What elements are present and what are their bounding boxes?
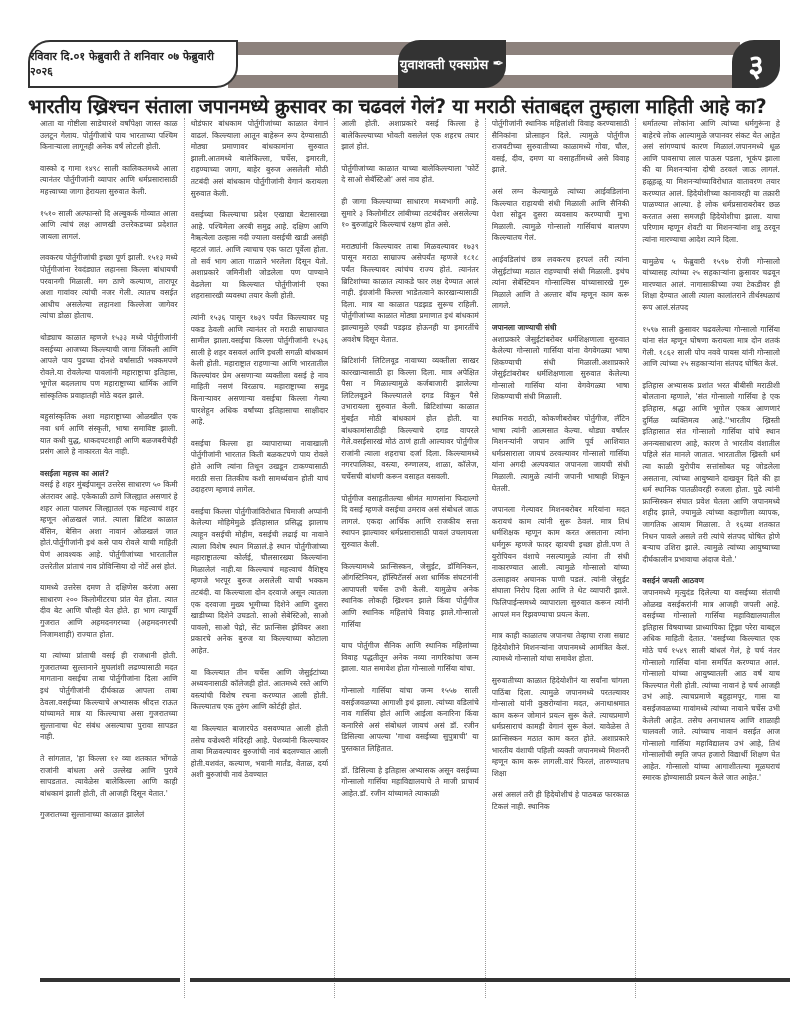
page-number: ३ <box>732 40 780 88</box>
paragraph: वसई हे शहर मुंबईपासून उत्तरेस साधारण ५० … <box>40 479 178 572</box>
column-divider <box>184 118 185 998</box>
paragraph: जपानला गेल्यावर मिशनबरोबर मरियांना मदत क… <box>492 504 630 620</box>
subheading: वसईनं जपली आठवण <box>642 575 780 587</box>
column-divider <box>334 118 335 998</box>
column-1: आता या गोष्टीला साडेचारशे वर्षांपेक्षा ज… <box>40 118 178 998</box>
paragraph: ही जागा किल्ल्याच्या साधारण मध्यभागी आहे… <box>341 196 479 231</box>
column-divider <box>635 118 636 998</box>
paragraph: जपानमध्ये मृत्युदंड दिलेल्या या वसईच्या … <box>642 587 780 784</box>
paragraph: वसईचा किल्ला पोर्तुगीजांविरोधात चिमाजी अ… <box>191 506 329 657</box>
paragraph: यामुळेच ५ फेब्रुवारी १५९७ रोजी गोन्सालो … <box>642 256 780 314</box>
paragraph: असं लग्न केल्यामुळे त्यांच्या आईवडिलांना… <box>492 186 630 244</box>
column-end-rule <box>190 978 790 982</box>
paragraph: आईवडिलांचं छत्र लवकरच हरपलं तरी त्यांना … <box>492 254 630 312</box>
subheading: वसईला महत्त्व का आलं? <box>40 468 178 480</box>
paragraph: मराठ्यांनी किल्ल्यावर ताबा मिळवल्यावर १७… <box>341 241 479 345</box>
paragraph: थोड्याच काळात म्हणजे १५३३ मध्ये पोर्तुगी… <box>40 332 178 402</box>
paragraph: डॉ. डिसिल्वा हे इतिहास अभ्यासक असून वसईच… <box>341 765 479 800</box>
paragraph: वास्को द गामा १४९८ साली कालिकतमध्ये आला … <box>40 163 178 198</box>
paragraph: मात्र काही काळातच जपानचा तेव्हाचा राजा स… <box>492 630 630 665</box>
paragraph: आता या गोष्टीला साडेचारशे वर्षांपेक्षा ज… <box>40 118 178 153</box>
paragraph: पोर्तुगीज वसाहतीतल्या श्रीमंत माणसांना फ… <box>341 493 479 551</box>
paragraph: गुजरातच्या सुल्तानाच्या काळात झालेलं <box>40 809 178 821</box>
paragraph: गोन्सालो गार्सिया यांचा जन्म १५५७ साली व… <box>341 685 479 755</box>
masthead: रविवार दि.०१ फेब्रुवारी ते शनिवार ०७ फेब… <box>28 40 780 90</box>
subheading: जपानला जाण्याची संधी <box>492 322 630 334</box>
paragraph: वसईच्या किल्ल्याचा प्रदेश एखाद्या बेटासा… <box>191 209 329 302</box>
newspaper-page: रविवार दि.०१ फेब्रुवारी ते शनिवार ०७ फेब… <box>0 0 807 1024</box>
paragraph: लवकरच पोर्तुगीजांची इच्छा पूर्ण झाली. १५… <box>40 252 178 322</box>
paragraph: आली होती. अशाप्रकारे वसई किल्ला हे बालेक… <box>341 118 479 153</box>
article-body: आता या गोष्टीला साडेचारशे वर्षांपेक्षा ज… <box>40 118 780 998</box>
paragraph: धर्मातल्या लोकांना आणि त्यांच्या धर्मगुर… <box>642 118 780 246</box>
paragraph: स्थानिक मराठी, कोकणीबरोबर पोर्तुगीज, लॅट… <box>492 413 630 494</box>
headline: भारतीय ख्रिश्चन संताला जपानमध्ये क्रुसाव… <box>28 92 780 119</box>
paragraph: याच पोर्तुगीज सैनिक आणि स्थानिक महिलांच्… <box>341 640 479 675</box>
paragraph: त्यांनी १५३६ पासून १७३९ पर्यंत किल्ल्याव… <box>191 312 329 428</box>
quill-icon: ✒ <box>492 56 504 72</box>
paragraph: १५१० साली अल्फान्सो दि अल्बुकर्क गोव्यात… <box>40 208 178 243</box>
paragraph: या त्यांच्या प्रांताची वसई ही राजधानी हो… <box>40 650 178 743</box>
paragraph: ते सांगतात, 'हा किल्ला १२ व्या शतकात भों… <box>40 753 178 799</box>
column-5: धर्मातल्या लोकांना आणि त्यांच्या धर्मगुर… <box>642 118 780 998</box>
issue-date: रविवार दि.०१ फेब्रुवारी ते शनिवार ०७ फेब… <box>28 40 238 88</box>
paragraph: किल्ल्यामध्ये फ्रान्सिस्कन, जेसुईट, डॉमि… <box>341 561 479 631</box>
paragraph: १५९७ साली क्रुसावर चढवलेल्या गोन्सालो गा… <box>642 324 780 370</box>
paragraph: बहुसांस्कृतिक अशा महाराष्ट्राच्या ओळखीत … <box>40 411 178 457</box>
paragraph: असं असलं तरी ही हिदेयोशीचं हे पाठबळ फारक… <box>492 789 630 812</box>
paragraph: ब्रिटिशांनी लिटिलवूड नावाच्या व्यक्तीला … <box>341 355 479 483</box>
paragraph: सुरुवातीच्या काळात हिदेयोशीनं या सर्वांन… <box>492 675 630 779</box>
column-divider <box>485 118 486 998</box>
column-end-rule <box>40 978 180 982</box>
paragraph: वसईचा किल्ला हा व्यापाराच्या नावाखाली पो… <box>191 438 329 496</box>
brand-logo: युवाशक्ती एक्सप्रेस ✒ <box>398 40 506 88</box>
paragraph: पोर्तुगीजांच्या काळात याच्या बालेकिल्ल्य… <box>341 163 479 186</box>
paragraph: यामध्ये उत्तरेस दमण ते दक्षिणेस करंजा अस… <box>40 582 178 640</box>
paragraph: या किल्ल्यात बाजारपेठ वसवण्यात आली होती … <box>191 723 329 781</box>
column-3: आली होती. अशाप्रकारे वसई किल्ला हे बालेक… <box>341 118 479 998</box>
paragraph: थोडंफार बांधकाम पोर्तुगीजांच्या काळात वे… <box>191 118 329 199</box>
paragraph: पोर्तुगीजांनी स्थानिक महिलांशी विवाह करण… <box>492 118 630 176</box>
column-4: पोर्तुगीजांनी स्थानिक महिलांशी विवाह करण… <box>492 118 630 998</box>
paragraph: अशाप्रकारे जेसुईटांबरोबर धर्मशिक्षणाला स… <box>492 334 630 404</box>
column-2: थोडंफार बांधकाम पोर्तुगीजांच्या काळात वे… <box>191 118 329 998</box>
paragraph: इतिहास अभ्यासक प्रशांत भरत बीबीसी मराठीश… <box>642 380 780 566</box>
paragraph: या किल्ल्यात तीन चर्चेस आणि जेसुईटांच्या… <box>191 667 329 713</box>
brand-name: युवाशक्ती एक्सप्रेस <box>400 55 488 73</box>
